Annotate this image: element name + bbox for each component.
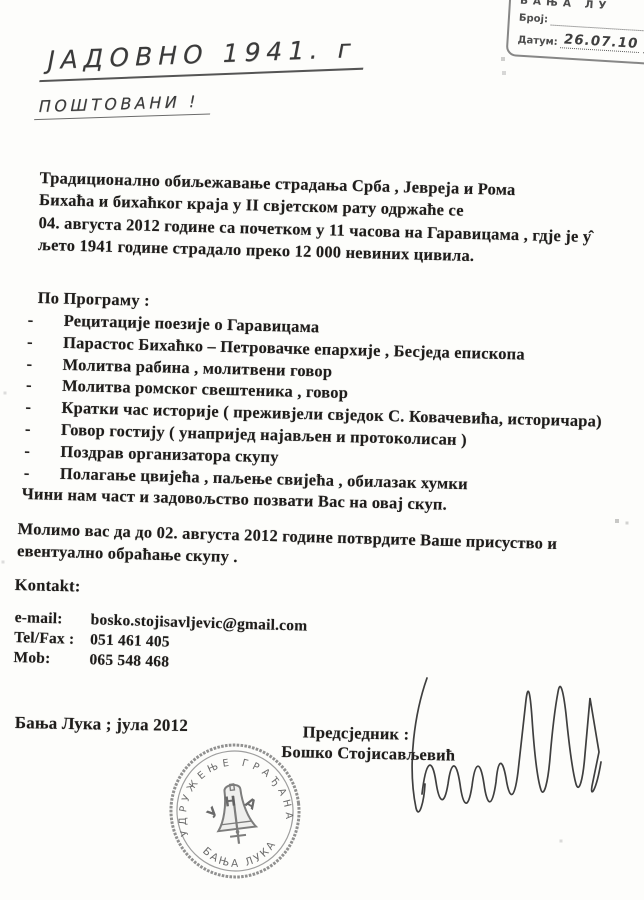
dash-bullet: -	[27, 309, 64, 332]
stamp-org-text: „УНА“	[152, 729, 267, 830]
received-stamp-date-value: 26.07.10	[560, 31, 642, 53]
dash-bullet: -	[26, 374, 63, 397]
email-label: e-mail:	[14, 608, 91, 630]
intro-paragraph: Традиционално обиљежавање страдања Срба …	[38, 167, 593, 271]
handwritten-title-text: ЈАДОВНО 1941. г	[39, 33, 370, 82]
association-stamp: УДРУЖЕЊЕ ГРАЂАНА „УНА“ БАЊА ЛУКА	[152, 729, 319, 892]
place-date-line: Бања Лука ; јула 2012	[15, 712, 189, 737]
telfax-label: Tel/Fax :	[14, 628, 91, 650]
svg-text:„УНА“: „УНА“	[152, 729, 267, 830]
svg-text:БАЊА ЛУКА: БАЊА ЛУКА	[199, 836, 282, 874]
dash-bullet: -	[24, 440, 61, 463]
program-list: - Рецитације поезије о Гаравицама - Пара…	[24, 309, 605, 498]
dash-bullet: -	[26, 353, 63, 376]
scan-noise	[0, 0, 2, 2]
received-stamp: БАЊА ЛУ Број: Датум: 26.07.10	[506, 0, 644, 66]
handwritten-salutation-text: ПОШТОВАНИ !	[34, 91, 215, 120]
received-stamp-date-row: Датум: 26.07.10	[517, 29, 644, 55]
dotted-line	[551, 14, 644, 33]
scanned-letter-page: БАЊА ЛУ Број: Датум: 26.07.10 ЈАДОВНО 19…	[0, 0, 644, 900]
dash-bullet: -	[25, 396, 62, 419]
handwritten-title: ЈАДОВНО 1941. г	[42, 34, 367, 82]
handwritten-salutation: ПОШТОВАНИ !	[36, 91, 213, 120]
dash-bullet: -	[27, 331, 64, 354]
received-stamp-number-label: Број:	[519, 13, 549, 26]
mob-label: Mob:	[13, 648, 90, 670]
signature-scribble	[393, 660, 605, 828]
contact-heading: Kontakt:	[14, 574, 80, 598]
dash-bullet: -	[24, 462, 61, 485]
stamp-arc-bottom-text: БАЊА ЛУКА	[199, 836, 282, 874]
telfax-value: 051 461 405	[90, 630, 170, 652]
rsvp-paragraph: Молимо вас да до 02. августа 2012 године…	[17, 518, 558, 578]
dash-bullet: -	[25, 418, 62, 441]
program-heading: По Програму :	[37, 287, 150, 312]
received-stamp-date-label: Датум:	[517, 35, 558, 48]
contact-block: e-mail: bosko.stojisavljevic@gmail.com T…	[13, 608, 307, 677]
mob-value: 065 548 468	[89, 650, 169, 672]
